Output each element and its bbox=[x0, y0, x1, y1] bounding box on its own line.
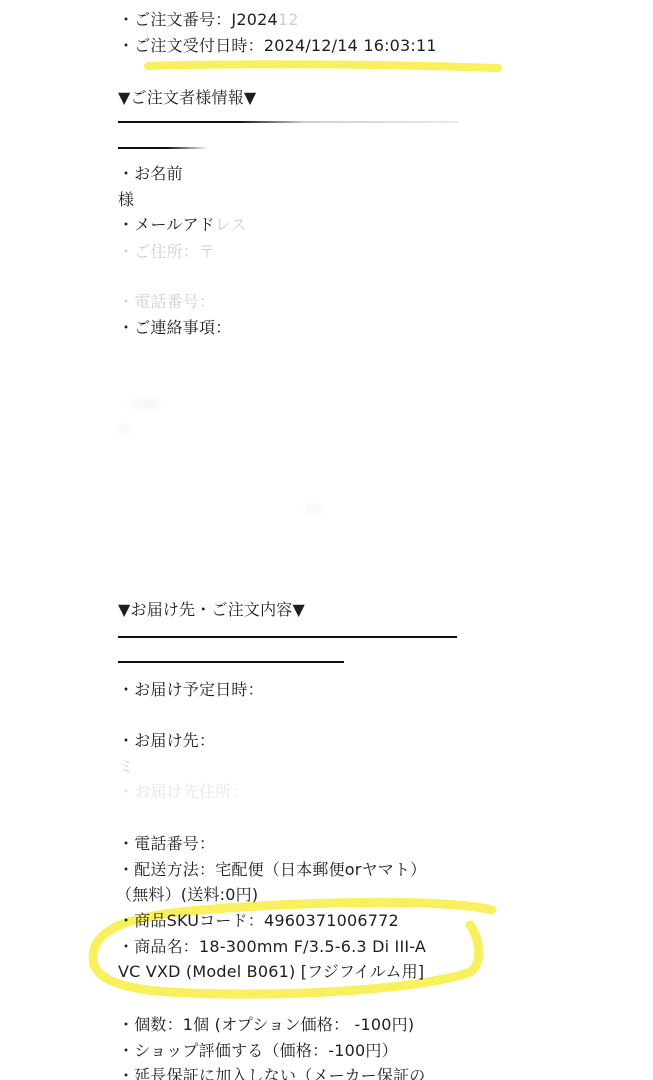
customer-email: ・メールアドレス bbox=[118, 213, 247, 237]
customer-section-heading: ▼ご注文者様情報▼ bbox=[118, 86, 256, 110]
delivery-section-heading: ▼お届け先・ご注文内容▼ bbox=[118, 598, 305, 622]
section-divider bbox=[118, 147, 208, 149]
section-divider bbox=[118, 661, 344, 663]
redacted-area bbox=[305, 505, 321, 513]
recipient-label: ・お届け先： bbox=[118, 729, 215, 753]
quantity: ・個数：1個 (オプション価格： -100円) bbox=[118, 1013, 414, 1037]
shop-review-option: ・ショップ評価する（価格：-100円） bbox=[118, 1039, 398, 1063]
recipient-name-cont: ミ bbox=[118, 755, 134, 779]
shipping-method: ・配送方法：宅配便（日本郵便orヤマト） bbox=[118, 858, 426, 882]
customer-honorific: 様 bbox=[118, 188, 134, 212]
product-sku: ・商品SKUコード：4960371006772 bbox=[118, 909, 399, 933]
redacted-area bbox=[130, 400, 160, 408]
customer-address: ・ご住所：〒 bbox=[118, 240, 215, 264]
scheduled-delivery-label: ・お届け予定日時： bbox=[118, 678, 264, 702]
redacted-area bbox=[118, 425, 130, 433]
recipient-phone: ・電話番号： bbox=[118, 832, 215, 856]
recipient-address: ・お届け先住所： bbox=[118, 780, 248, 804]
section-divider bbox=[118, 636, 457, 638]
customer-name-label: ・お名前 bbox=[118, 162, 183, 186]
customer-phone: ・電話番号： bbox=[118, 290, 215, 314]
section-divider bbox=[118, 121, 458, 123]
product-name: ・商品名：18-300mm F/3.5-6.3 Di III-A bbox=[118, 935, 426, 959]
product-name-cont: VC VXD (Model B061) [フジフイルム用] bbox=[118, 960, 424, 984]
shipping-fee: （無料）(送料:0円) bbox=[116, 883, 258, 907]
customer-notes-label: ・ご連絡事項： bbox=[118, 316, 231, 340]
order-received-datetime: ・ご注文受付日時：2024/12/14 16:03:11 bbox=[118, 34, 437, 58]
order-number: ・ご注文番号：J202412 bbox=[118, 8, 299, 32]
warranty-option: ・延長保証に加入しない（メーカー保証の bbox=[118, 1064, 425, 1080]
